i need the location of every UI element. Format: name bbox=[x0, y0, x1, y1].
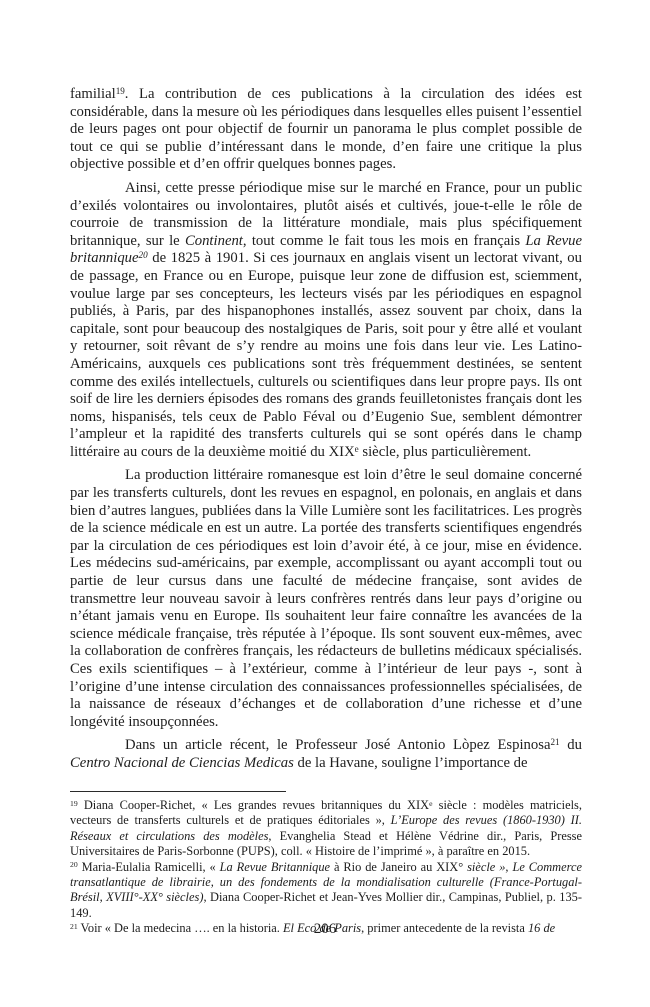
text-run: Centro Nacional de Ciencias Medicas bbox=[70, 755, 294, 771]
text-run: La production littéraire romanesque est … bbox=[70, 467, 582, 729]
page-body: familial19. La contribution de ces publi… bbox=[70, 86, 582, 779]
text-run: Maria-Eulalia Ramicelli, « bbox=[82, 860, 220, 874]
body-paragraph: Dans un article récent, le Professeur Jo… bbox=[70, 737, 582, 772]
document-page: familial19. La contribution de ces publi… bbox=[0, 0, 650, 1007]
footnote: 20 Maria-Eulalia Ramicelli, « La Revue B… bbox=[70, 860, 582, 922]
body-paragraph: La production littéraire romanesque est … bbox=[70, 467, 582, 731]
text-run: , tout comme le fait tous les mois en fr… bbox=[243, 233, 525, 249]
footnote-ref: 20 bbox=[139, 250, 148, 260]
body-paragraph: Ainsi, cette presse périodique mise sur … bbox=[70, 180, 582, 462]
text-run: du bbox=[560, 737, 582, 753]
text-run: de la Havane, souligne l’importance de bbox=[294, 755, 528, 771]
text-run: familial bbox=[70, 86, 116, 102]
footnote-ref: e bbox=[429, 799, 432, 808]
text-run: siècle, plus particulièrement. bbox=[359, 444, 532, 460]
text-run: de 1825 à 1901. Si ces journaux en angla… bbox=[70, 250, 582, 460]
footnote-marker: 19 bbox=[70, 799, 78, 808]
text-run: Dans un article récent, le Professeur Jo… bbox=[125, 737, 550, 753]
body-paragraph: familial19. La contribution de ces publi… bbox=[70, 86, 582, 174]
footnote-ref: 21 bbox=[550, 737, 559, 747]
text-run: Continent bbox=[185, 233, 243, 249]
text-run: Diana Cooper-Richet, « Les grandes revue… bbox=[84, 798, 429, 812]
text-run: siècle » bbox=[467, 860, 505, 874]
footnotes: 19 Diana Cooper-Richet, « Les grandes re… bbox=[70, 798, 582, 937]
footnote-ref: e bbox=[355, 444, 359, 454]
footnote-separator bbox=[70, 791, 286, 792]
footnote: 19 Diana Cooper-Richet, « Les grandes re… bbox=[70, 798, 582, 860]
text-run: . La contribution de ces publications à … bbox=[70, 86, 582, 172]
text-run: à Rio de Janeiro au XIX° bbox=[330, 860, 467, 874]
page-number: 206 bbox=[0, 921, 650, 938]
text-run: La Revue Britannique bbox=[220, 860, 330, 874]
footnote-ref: 19 bbox=[116, 86, 125, 96]
footnote-marker: 20 bbox=[70, 860, 78, 869]
